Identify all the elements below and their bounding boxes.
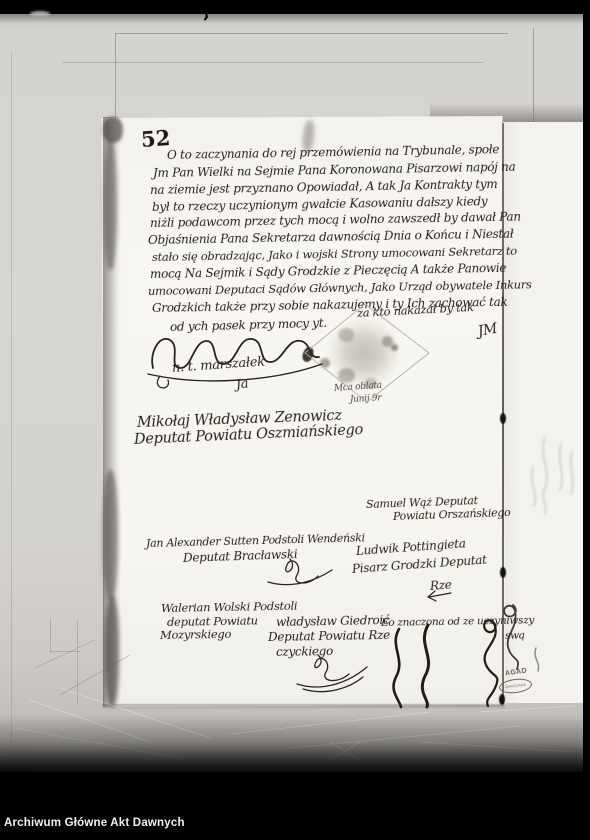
- frame-top-bar: [0, 0, 590, 14]
- archive-caption: Archiwum Główne Akt Dawnych: [4, 817, 185, 829]
- caption-bar: [0, 772, 590, 840]
- vignette: [0, 0, 583, 778]
- archival-scan: 52 O to zaczynania do rej przemówienia n…: [0, 0, 590, 840]
- frame-bottom-fade: [0, 714, 590, 776]
- frame-notch: [30, 11, 50, 16]
- frame-top-fade: [0, 14, 590, 24]
